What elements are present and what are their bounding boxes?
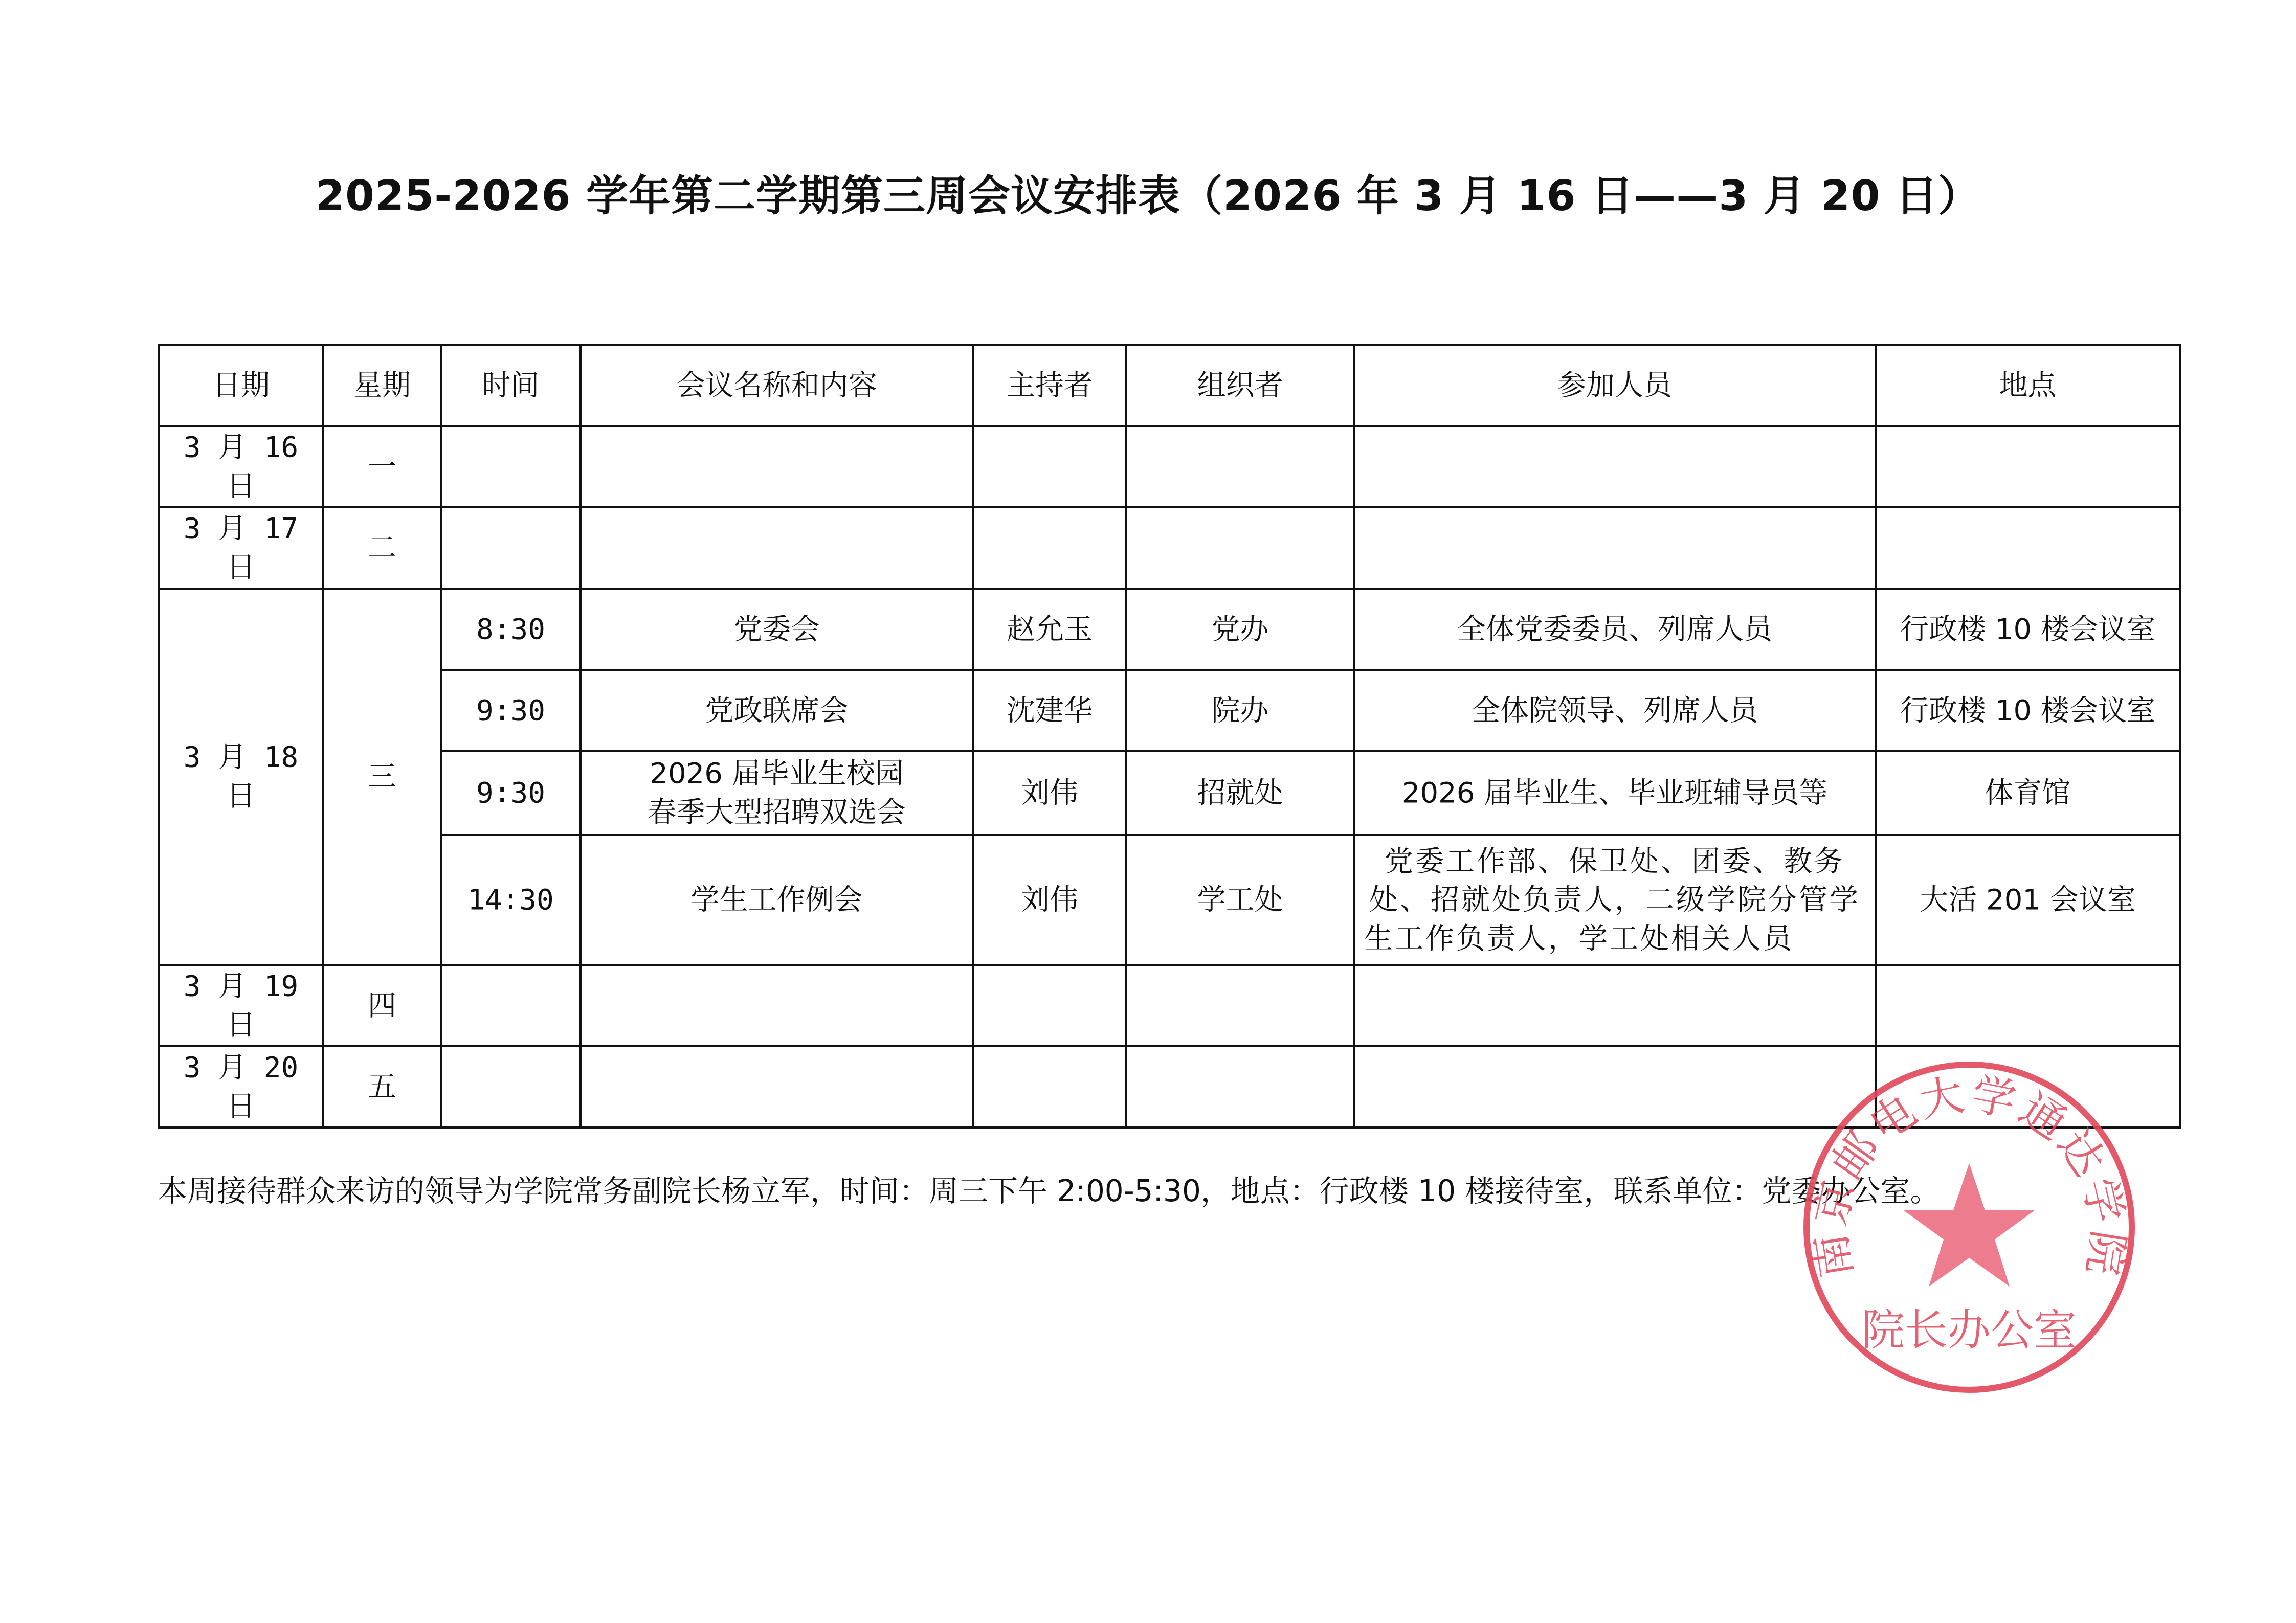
cell-time: [441, 965, 581, 1046]
cell-location: 行政楼 10 楼会议室: [1876, 589, 2180, 670]
cell-attendees: [1354, 507, 1876, 589]
cell-time: [441, 507, 581, 589]
header-meeting-name: 会议名称和内容: [581, 345, 973, 426]
cell-attendees: 全体党委委员、列席人员: [1354, 589, 1876, 670]
header-location: 地点: [1876, 345, 2180, 426]
table-header-row: 日期 星期 时间 会议名称和内容 主持者 组织者 参加人员 地点: [159, 345, 2180, 426]
cell-meeting-name: 党委会: [581, 589, 973, 670]
cell-location: [1876, 965, 2180, 1046]
table-row: 3 月 17 日 二: [159, 507, 2180, 589]
cell-host: 沈建华: [973, 670, 1126, 751]
cell-host: [973, 965, 1126, 1046]
reception-note: 本周接待群众来访的领导为学院常务副院长杨立军，时间：周三下午 2:00-5:30…: [158, 1167, 1940, 1210]
cell-host: 刘伟: [973, 751, 1126, 835]
cell-attendees: [1354, 426, 1876, 507]
meeting-schedule-table: 日期 星期 时间 会议名称和内容 主持者 组织者 参加人员 地点 3 月 16 …: [158, 344, 2181, 1129]
cell-attendees: 全体院领导、列席人员: [1354, 670, 1876, 751]
cell-organizer: [1126, 426, 1354, 507]
cell-location: [1876, 507, 2180, 589]
cell-attendees: [1354, 965, 1876, 1046]
cell-meeting-name: 党政联席会: [581, 670, 973, 751]
cell-organizer: [1126, 965, 1354, 1046]
cell-host: [973, 507, 1126, 589]
cell-location: 大活 201 会议室: [1876, 835, 2180, 965]
cell-meeting-name: [581, 426, 973, 507]
cell-date: 3 月 20 日: [159, 1046, 323, 1128]
cell-host: 刘伟: [973, 835, 1126, 965]
seal-inner-text: 院长办公室: [1862, 1305, 2077, 1355]
header-weekday: 星期: [323, 345, 441, 426]
cell-weekday: 四: [323, 965, 441, 1046]
header-organizer: 组织者: [1126, 345, 1354, 426]
cell-organizer: [1126, 1046, 1354, 1128]
cell-location: 体育馆: [1876, 751, 2180, 835]
cell-meeting-name: [581, 1046, 973, 1128]
cell-meeting-name: [581, 507, 973, 589]
document-title: 2025-2026 学年第二学期第三周会议安排表（2026 年 3 月 16 日…: [0, 163, 2296, 222]
official-seal-icon: 南京邮电大学通达学院 院长办公室: [1800, 1058, 2138, 1396]
cell-organizer: 招就处: [1126, 751, 1354, 835]
cell-weekday: 三: [323, 589, 441, 965]
cell-organizer: [1126, 507, 1354, 589]
table-row: 9:30 2026 届毕业生校园 春季大型招聘双选会 刘伟 招就处 2026 届…: [159, 751, 2180, 835]
meeting-name-line-1: 2026 届毕业生校园: [591, 754, 963, 793]
seal-star-icon: [1904, 1163, 2035, 1287]
table-row: 3 月 18 日 三 8:30 党委会 赵允玉 党办 全体党委委员、列席人员 行…: [159, 589, 2180, 670]
cell-meeting-name: 学生工作例会: [581, 835, 973, 965]
header-time: 时间: [441, 345, 581, 426]
cell-time: 8:30: [441, 589, 581, 670]
cell-location: [1876, 426, 2180, 507]
cell-weekday: 二: [323, 507, 441, 589]
cell-time: [441, 1046, 581, 1128]
cell-time: 14:30: [441, 835, 581, 965]
cell-meeting-name: 2026 届毕业生校园 春季大型招聘双选会: [581, 751, 973, 835]
cell-date: 3 月 19 日: [159, 965, 323, 1046]
cell-location: 行政楼 10 楼会议室: [1876, 670, 2180, 751]
cell-host: [973, 1046, 1126, 1128]
table-row: 9:30 党政联席会 沈建华 院办 全体院领导、列席人员 行政楼 10 楼会议室: [159, 670, 2180, 751]
header-date: 日期: [159, 345, 323, 426]
header-host: 主持者: [973, 345, 1126, 426]
cell-weekday: 五: [323, 1046, 441, 1128]
cell-organizer: 学工处: [1126, 835, 1354, 965]
cell-date: 3 月 17 日: [159, 507, 323, 589]
cell-organizer: 院办: [1126, 670, 1354, 751]
cell-date: 3 月 16 日: [159, 426, 323, 507]
cell-host: 赵允玉: [973, 589, 1126, 670]
cell-attendees: 党委工作部、保卫处、团委、教务处、招就处负责人，二级学院分管学生工作负责人，学工…: [1354, 835, 1876, 965]
cell-weekday: 一: [323, 426, 441, 507]
cell-attendees: 2026 届毕业生、毕业班辅导员等: [1354, 751, 1876, 835]
cell-host: [973, 426, 1126, 507]
cell-time: 9:30: [441, 670, 581, 751]
cell-time: 9:30: [441, 751, 581, 835]
cell-time: [441, 426, 581, 507]
table-row: 3 月 16 日 一: [159, 426, 2180, 507]
table-row: 3 月 19 日 四: [159, 965, 2180, 1046]
table-row: 14:30 学生工作例会 刘伟 学工处 党委工作部、保卫处、团委、教务处、招就处…: [159, 835, 2180, 965]
meeting-name-line-2: 春季大型招聘双选会: [591, 793, 963, 832]
header-attendees: 参加人员: [1354, 345, 1876, 426]
cell-attendees: [1354, 1046, 1876, 1128]
cell-meeting-name: [581, 965, 973, 1046]
cell-date: 3 月 18 日: [159, 589, 323, 965]
cell-organizer: 党办: [1126, 589, 1354, 670]
